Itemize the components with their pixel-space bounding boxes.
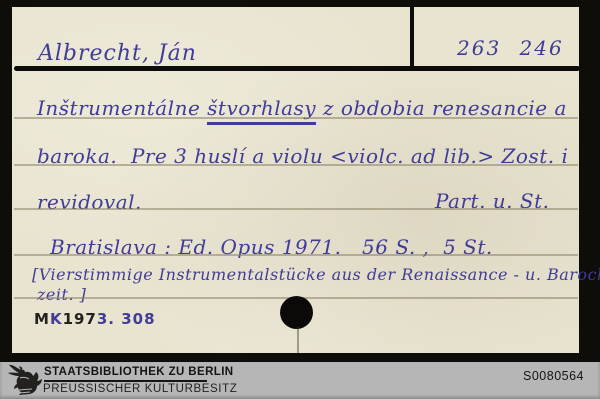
accession-part-hand-k: K [50, 310, 63, 328]
library-name-underline [44, 380, 207, 382]
german-note-line-2: zeit. ] [37, 287, 86, 303]
accession-part-hand-number: 308 [115, 310, 156, 328]
title-line-2: baroka. Pre 3 huslí a violu <violc. ad l… [37, 146, 568, 166]
german-note-line-1: [Vierstimmige Instrumentalstücke aus der… [32, 267, 600, 283]
catalog-card-scan: Albrecht, Ján 263 246 Inštrumentálne štv… [0, 0, 600, 399]
accession-part-stamp-m: M [34, 310, 50, 328]
ruled-line [14, 117, 578, 119]
hole-punch [280, 296, 313, 329]
ruled-line [14, 164, 578, 166]
accession-number: MK1973. 308 [34, 312, 156, 327]
ruled-line [14, 208, 578, 210]
library-subtitle: PREUSSISCHER KULTURBESITZ [43, 383, 237, 395]
title-line-1: Inštrumentálne štvorhlasy z obdobia rene… [37, 98, 567, 118]
heading-divider-line [14, 66, 580, 71]
title-underlined-word: štvorhlasy [207, 96, 316, 125]
shelfmark-number: 263 246 [457, 38, 564, 58]
library-name: STAATSBIBLIOTHEK ZU BERLIN [44, 366, 234, 378]
accession-part-hand-digit: 3. [97, 310, 115, 328]
scan-id: S0080564 [523, 369, 584, 383]
ruled-line [14, 254, 578, 256]
prussian-eagle-icon [6, 360, 44, 398]
footer-bar: STAATSBIBLIOTHEK ZU BERLIN PREUSSISCHER … [0, 362, 600, 399]
shelfmark-column-divider [410, 7, 414, 68]
author-heading: Albrecht, Ján [38, 43, 197, 65]
accession-part-stamp-year: 197 [63, 310, 97, 328]
hole-punch-slit [297, 327, 299, 353]
